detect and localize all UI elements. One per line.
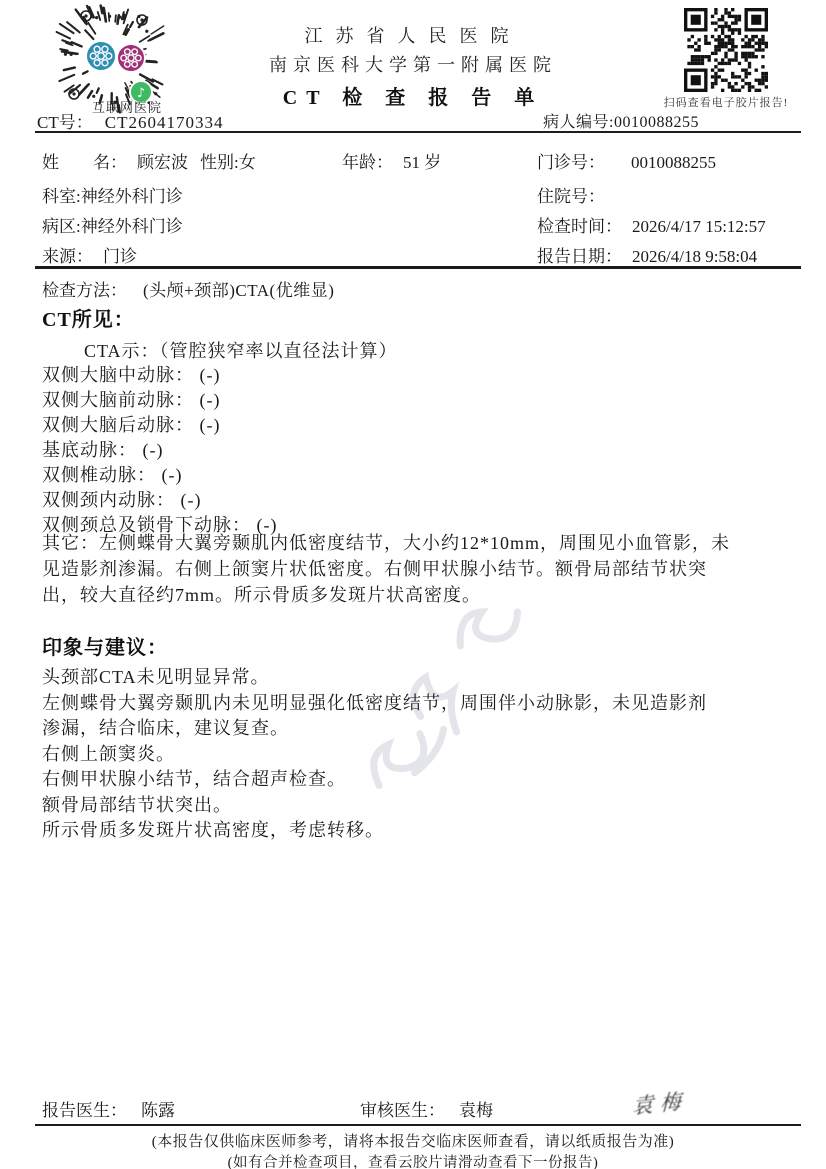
header-divider — [35, 131, 801, 133]
findings-title: CT所见： — [42, 303, 135, 332]
finding-line: 双侧椎动脉： (-) — [42, 463, 277, 488]
field-age: 年龄：51 岁 — [342, 148, 441, 173]
field-source-label: 来源： — [42, 247, 93, 266]
field-inpatient-no: 住院号： — [537, 182, 615, 207]
findings-other-paragraph: 其它：左侧蝶骨大翼旁颞肌内低密度结节，大小约12*10mm，周围见小血管影，未 … — [42, 530, 730, 608]
report-doctor-name: 陈露 — [141, 1101, 175, 1120]
ct-number-label: CT号： — [37, 113, 93, 132]
patient-number: 病人编号:0010088255 — [543, 109, 699, 132]
finding-line: 双侧大脑前动脉： (-) — [42, 388, 277, 413]
impression-line: 额骨局部结节状突出。 — [42, 793, 707, 819]
field-visit-no-value: 0010088255 — [631, 153, 716, 172]
findings-other-line: 出，较大直径约7mm。所示骨质多发斑片状高密度。 — [42, 582, 730, 608]
field-exam-time: 检查时间：2026/4/17 15:12:57 — [537, 212, 766, 237]
exam-method-value: (头颅+颈部)CTA(优维显) — [143, 281, 334, 300]
footer-note-1: (本报告仅供临床医师参考，请将本报告交临床医师查看，请以纸质报告为准) — [0, 1130, 826, 1151]
ct-report-page: ♪ 互联网医院 CT号：CT2604170334 江苏省人民医院 南京医科大学第… — [0, 0, 826, 1169]
field-age-value: 51 岁 — [403, 153, 441, 172]
findings-other-line: 其它：左侧蝶骨大翼旁颞肌内低密度结节，大小约12*10mm，周围见小血管影，未 — [42, 530, 730, 556]
qr-code-icon — [684, 8, 768, 92]
field-report-date: 报告日期：2026/4/18 9:58:04 — [537, 242, 757, 267]
field-exam-time-label: 检查时间： — [537, 217, 622, 236]
info-divider — [35, 266, 801, 269]
field-report-date-value: 2026/4/18 9:58:04 — [632, 247, 757, 266]
footer-note-2: (如有合并检查项目，查看云胶片请滑动查看下一份报告) — [0, 1151, 826, 1169]
finding-line: 双侧大脑后动脉： (-) — [42, 413, 277, 438]
review-doctor-label: 审核医生： — [360, 1101, 445, 1120]
exam-method-label: 检查方法： — [42, 281, 127, 300]
field-visit-no-label: 门诊号： — [537, 153, 605, 172]
report-doctor: 报告医生：陈露 — [42, 1096, 175, 1121]
field-report-date-label: 报告日期： — [537, 247, 622, 266]
finding-line: 双侧大脑中动脉： (-) — [42, 363, 277, 388]
patient-info-section: 姓 名：顾宏波 性别:女 年龄：51 岁 门诊号：0010088255 科室:神… — [42, 142, 802, 262]
field-gender: 性别:女 — [200, 148, 256, 173]
exam-method: 检查方法：(头颅+颈部)CTA(优维显) — [42, 276, 334, 301]
field-gender-value: 女 — [239, 153, 256, 172]
field-ward: 病区:神经外科门诊 — [42, 212, 183, 237]
impression-line: 所示骨质多发斑片状高密度，考虑转移。 — [42, 818, 707, 844]
field-department-label: 科室: — [42, 187, 81, 206]
impression-title: 印象与建议： — [42, 631, 168, 660]
findings-list: 双侧大脑中动脉： (-) 双侧大脑前动脉： (-) 双侧大脑后动脉： (-) 基… — [42, 363, 277, 538]
field-exam-time-value: 2026/4/17 15:12:57 — [632, 217, 766, 236]
impression-line: 头颈部CTA未见明显异常。 — [42, 665, 707, 691]
qr-caption: 扫码查看电子胶片报告! — [626, 94, 826, 110]
review-doctor-name: 袁梅 — [459, 1101, 493, 1120]
impression-line: 右侧上颌窦炎。 — [42, 742, 707, 768]
field-department: 科室:神经外科门诊 — [42, 182, 183, 207]
ct-number-value: CT2604170334 — [105, 113, 224, 132]
field-source: 来源：门诊 — [42, 242, 137, 267]
field-source-value: 门诊 — [103, 247, 137, 266]
impression-line: 渗漏，结合临床，建议复查。 — [42, 716, 707, 742]
field-name: 姓 名：顾宏波 — [42, 148, 188, 173]
impression-line: 右侧甲状腺小结节，结合超声检查。 — [42, 767, 707, 793]
impression-list: 头颈部CTA未见明显异常。 左侧蝶骨大翼旁颞肌内未见明显强化低密度结节，周围伴小… — [42, 665, 707, 844]
field-ward-label: 病区: — [42, 217, 81, 236]
field-ward-value: 神经外科门诊 — [81, 217, 183, 236]
findings-other-line: 见造影剂渗漏。右侧上颌窦片状低密度。右侧甲状腺小结节。额骨局部结节状突 — [42, 556, 730, 582]
impression-line: 左侧蝶骨大翼旁颞肌内未见明显强化低密度结节，周围伴小动脉影，未见造影剂 — [42, 691, 707, 717]
finding-line: 基底动脉： (-) — [42, 438, 277, 463]
patient-number-value: 0010088255 — [614, 114, 699, 131]
field-inpatient-no-label: 住院号： — [537, 187, 605, 206]
field-age-label: 年龄： — [342, 153, 393, 172]
qr-code — [684, 8, 768, 97]
findings-intro: CTA示：（管腔狭窄率以直径法计算） — [84, 337, 398, 363]
review-doctor: 审核医生：袁梅 — [360, 1096, 493, 1121]
field-gender-label: 性别: — [200, 153, 239, 172]
report-doctor-label: 报告医生： — [42, 1101, 127, 1120]
field-visit-no: 门诊号：0010088255 — [537, 148, 716, 173]
finding-line: 双侧颈内动脉： (-) — [42, 488, 277, 513]
doctor-signature: 袁梅 — [632, 1085, 689, 1121]
field-department-value: 神经外科门诊 — [81, 187, 183, 206]
footer-divider — [35, 1124, 801, 1126]
ct-number: CT号：CT2604170334 — [37, 108, 223, 133]
field-name-value: 顾宏波 — [137, 153, 188, 172]
patient-number-label: 病人编号: — [543, 114, 614, 131]
field-name-label: 姓 名： — [42, 153, 127, 172]
